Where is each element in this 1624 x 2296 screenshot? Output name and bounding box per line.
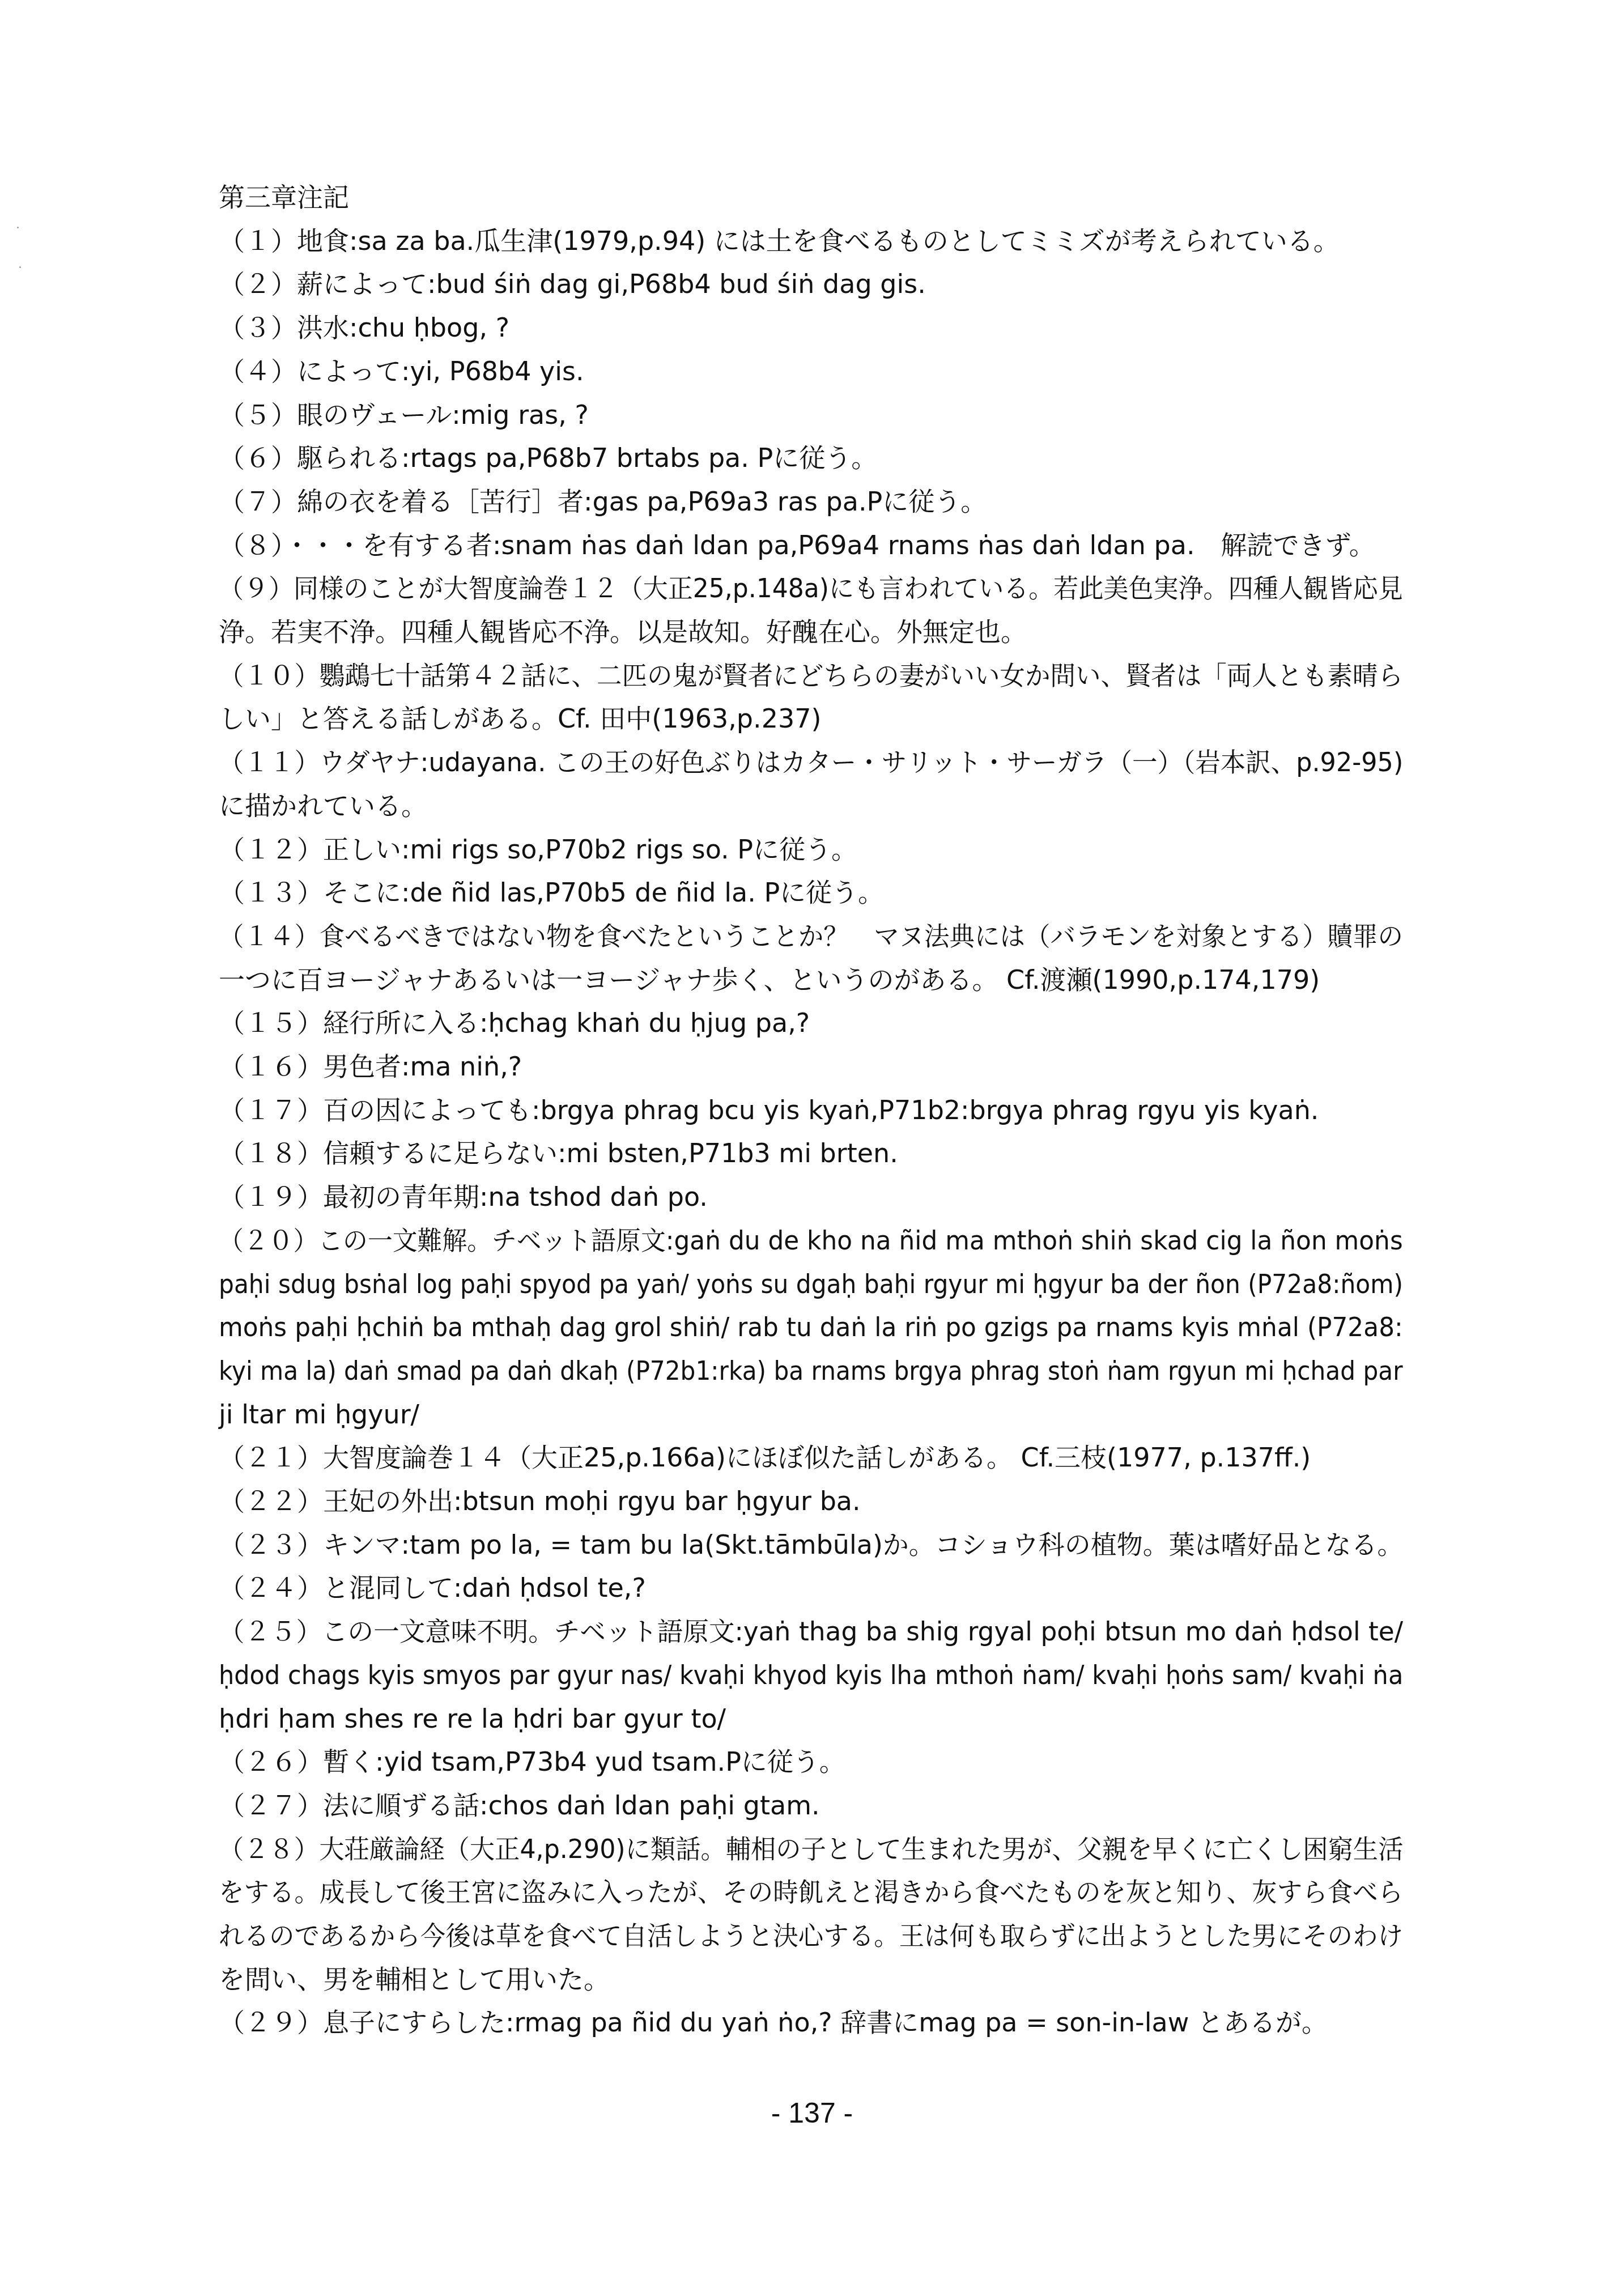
- note-line: （４）によって:yi, P68b4 yis.: [219, 354, 584, 388]
- page-number: - 137 -: [0, 2097, 1624, 2129]
- note-line: （１１）ウダヤナ:udayana. この王の好色ぶりはカター・サリット・サーガラ…: [219, 745, 1403, 779]
- note-line: ji ltar mi ḥgyur/: [219, 1397, 419, 1431]
- note-line: （５）眼のヴェール:mig ras, ?: [219, 398, 589, 432]
- note-line: （２）薪によって:bud śiṅ dag gi,P68b4 bud śiṅ da…: [219, 267, 926, 301]
- note-line: に描かれている。: [219, 789, 427, 823]
- note-line: （１６）男色者:ma niṅ,?: [219, 1049, 522, 1083]
- note-line: （１５）経行所に入る:ḥchag khaṅ du ḥjug pa,?: [219, 1006, 810, 1040]
- note-line: （２５）この一文意味不明。チベット語原文:yaṅ thag ba shig rg…: [219, 1614, 1403, 1648]
- scan-artifact: [17, 227, 19, 228]
- note-line: （２３）キンマ:tam po la, = tam bu la(Skt.tāmbū…: [219, 1528, 1403, 1562]
- document-page: 第三章注記 （１）地食:sa za ba.瓜生津(1979,p.94) には土を…: [0, 0, 1624, 2296]
- note-line: 浄。若実不浄。四種人観皆応不浄。以是故知。好醜在心。外無定也。: [219, 615, 1027, 649]
- note-line: を問い、男を輔相として用いた。: [219, 1962, 610, 1996]
- note-line: （２８）大荘厳論経（大正4,p.290)に類話。輔相の子として生まれた男が、父親…: [219, 1832, 1403, 1866]
- note-line: paḥi sdug bsṅal log paḥi spyod pa yaṅ/ y…: [219, 1267, 1403, 1301]
- note-line: （３）洪水:chu ḥbog, ?: [219, 311, 509, 345]
- note-line: moṅs paḥi ḥchiṅ ba mthaḥ dag grol shiṅ/ …: [219, 1310, 1403, 1344]
- note-line: （１８）信頼するに足らない:mi bsten,P71b3 mi brten.: [219, 1136, 898, 1170]
- note-line: （１９）最初の青年期:na tshod daṅ po.: [219, 1180, 708, 1214]
- scan-artifact: [19, 266, 21, 268]
- note-line: しい」と答える話しがある。Cf. 田中(1963,p.237): [219, 701, 821, 735]
- note-line: （７）綿の衣を着る［苦行］者:gas pa,P69a3 ras pa.Pに従う。: [219, 484, 987, 518]
- note-line: （９）同様のことが大智度論巻１２（大正25,p.148a)にも言われている。若此…: [219, 571, 1403, 605]
- note-line: （１３）そこに:de ñid las,P70b5 de ñid la. Pに従う…: [219, 875, 884, 909]
- note-line: 一つに百ヨージャナあるいは一ヨージャナ歩く、というのがある。 Cf.渡瀬(199…: [219, 963, 1320, 997]
- note-line: （２４）と混同して:daṅ ḥdsol te,?: [219, 1571, 646, 1605]
- note-line: ḥdod chags kyis smyos par gyur nas/ kvaḥ…: [219, 1658, 1403, 1692]
- note-line: （２６）暫く:yid tsam,P73b4 yud tsam.Pに従う。: [219, 1745, 845, 1779]
- note-line: （１）地食:sa za ba.瓜生津(1979,p.94) には土を食べるものと…: [219, 224, 1340, 258]
- note-line: （２７）法に順ずる話:chos daṅ ldan paḥi gtam.: [219, 1788, 820, 1822]
- note-line: （６）駆られる:rtags pa,P68b7 brtabs pa. Pに従う。: [219, 441, 877, 475]
- note-line: れるのであるから今後は草を食べて自活しようと決心する。王は何も取らずに出ようとし…: [219, 1919, 1403, 1953]
- note-line: （８）・・・を有する者:snam ṅas daṅ ldan pa,P69a4 r…: [219, 528, 1375, 562]
- page-title: 第三章注記: [219, 180, 349, 214]
- note-line: （２１）大智度論巻１４（大正25,p.166a)にほぼ似た話しがある。 Cf.三…: [219, 1440, 1311, 1474]
- note-line: をする。成長して後王宮に盗みに入ったが、その時飢えと渇きから食べたものを灰と知り…: [219, 1875, 1403, 1909]
- note-line: （１２）正しい:mi rigs so,P70b2 rigs so. Pに従う。: [219, 832, 857, 866]
- note-line: ḥdri ḥam shes re re la ḥdri bar gyur to/: [219, 1702, 726, 1736]
- note-line: kyi ma la) daṅ smad pa daṅ dkaḥ (P72b1:r…: [219, 1354, 1403, 1388]
- note-line: （２２）王妃の外出:btsun moḥi rgyu bar ḥgyur ba.: [219, 1484, 861, 1518]
- note-line: （１７）百の因によっても:brgya phrag bcu yis kyaṅ,P7…: [219, 1093, 1319, 1127]
- note-line: （１４）食べるべきではない物を食べたということか？ マヌ法典には（バラモンを対象…: [219, 919, 1403, 953]
- note-line: （２０）この一文難解。チベット語原文:gaṅ du de kho na ñid …: [219, 1223, 1403, 1257]
- note-line: （２９）息子にすらした:rmag pa ñid du yaṅ ṅo,? 辞書にm…: [219, 2005, 1328, 2039]
- note-line: （１０）鸚鵡七十話第４２話に、二匹の鬼が賢者にどちらの妻がいい女か問い、賢者は「…: [219, 658, 1403, 692]
